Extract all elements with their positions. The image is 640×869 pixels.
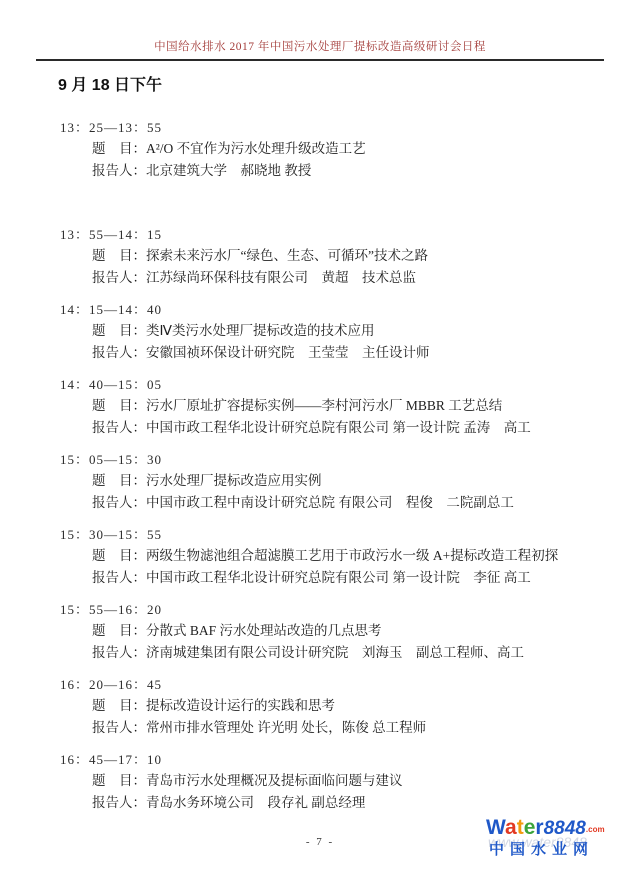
session-time: 13：55—14：15	[60, 224, 600, 245]
session-topic: 污水处理厂提标改造应用实例	[146, 473, 322, 488]
logo-word: Water	[486, 816, 544, 839]
session-topic: 探索未来污水厂“绿色、生态、可循环”技术之路	[146, 248, 428, 263]
document-page: 中国给水排水 2017 年中国污水处理厂提标改造高级研讨会日程 9 月 18 日…	[0, 0, 640, 869]
session-speaker: 常州市排水管理处 许光明 处长，陈俊 总工程师	[146, 720, 426, 735]
session-speaker: 中国市政工程中南设计研究总院 有限公司 程俊 二院副总工	[146, 495, 514, 510]
water8848-logo: www.water8848 Water8848.com 中国水业网	[486, 817, 638, 869]
speaker-row: 报告人：中国市政工程华北设计研究总院有限公司 第一设计院 李征 高工	[60, 567, 600, 589]
session-topic: 类Ⅳ类污水处理厂提标改造的技术应用	[146, 323, 374, 338]
logo-domain-suffix: .com	[586, 825, 605, 834]
topic-label: 题 目：	[92, 323, 146, 338]
topic-label: 题 目：	[92, 248, 146, 263]
session-time: 14：15—14：40	[60, 299, 600, 320]
session-item: 15：05—15：30 题 目：污水处理厂提标改造应用实例 报告人：中国市政工程…	[60, 449, 600, 514]
session-speaker: 安徽国祯环保设计研究院 王莹莹 主任设计师	[146, 345, 430, 360]
logo-chinese-name: 中国水业网	[486, 841, 638, 859]
topic-label: 题 目：	[92, 398, 146, 413]
session-speaker: 中国市政工程华北设计研究总院有限公司 第一设计院 孟涛 高工	[146, 420, 531, 435]
section-title: 9 月 18 日下午	[58, 72, 640, 95]
session-item: 13：25—13：55 题 目：A²/O 不宜作为污水处理升级改造工艺 报告人：…	[60, 117, 600, 182]
topic-row: 题 目：探索未来污水厂“绿色、生态、可循环”技术之路	[60, 245, 600, 267]
speaker-row: 报告人：常州市排水管理处 许光明 处长，陈俊 总工程师	[60, 717, 600, 739]
speaker-label: 报告人：	[92, 345, 146, 360]
session-item: 16：20—16：45 题 目：提标改造设计运行的实践和思考 报告人：常州市排水…	[60, 674, 600, 739]
topic-row: 题 目：污水厂原址扩容提标实例——李村河污水厂 MBBR 工艺总结	[60, 395, 600, 417]
topic-label: 题 目：	[92, 623, 146, 638]
session-time: 14：40—15：05	[60, 374, 600, 395]
session-time: 15：30—15：55	[60, 524, 600, 545]
speaker-label: 报告人：	[92, 420, 146, 435]
session-topic: 提标改造设计运行的实践和思考	[146, 698, 335, 713]
session-topic: 分散式 BAF 污水处理站改造的几点思考	[146, 623, 382, 638]
speaker-row: 报告人：江苏绿尚环保科技有限公司 黄超 技术总监	[60, 267, 600, 289]
topic-row: 题 目：A²/O 不宜作为污水处理升级改造工艺	[60, 138, 600, 160]
session-time: 13：25—13：55	[60, 117, 600, 138]
session-topic: 两级生物滤池组合超滤膜工艺用于市政污水一级 A+提标改造工程初探	[146, 548, 558, 563]
session-topic: A²/O 不宜作为污水处理升级改造工艺	[146, 141, 366, 156]
speaker-label: 报告人：	[92, 163, 146, 178]
topic-label: 题 目：	[92, 698, 146, 713]
session-time: 15：55—16：20	[60, 599, 600, 620]
session-topic: 青岛市污水处理概况及提标面临问题与建议	[146, 773, 403, 788]
session-topic: 污水厂原址扩容提标实例——李村河污水厂 MBBR 工艺总结	[146, 398, 502, 413]
topic-label: 题 目：	[92, 141, 146, 156]
topic-row: 题 目：污水处理厂提标改造应用实例	[60, 470, 600, 492]
session-speaker: 北京建筑大学 郝晓地 教授	[146, 163, 311, 178]
topic-row: 题 目：分散式 BAF 污水处理站改造的几点思考	[60, 620, 600, 642]
speaker-label: 报告人：	[92, 495, 146, 510]
topic-label: 题 目：	[92, 473, 146, 488]
speaker-row: 报告人：安徽国祯环保设计研究院 王莹莹 主任设计师	[60, 342, 600, 364]
session-speaker: 青岛水务环境公司 段存礼 副总经理	[146, 795, 365, 810]
topic-row: 题 目：提标改造设计运行的实践和思考	[60, 695, 600, 717]
session-speaker: 济南城建集团有限公司设计研究院 刘海玉 副总工程师、高工	[146, 645, 524, 660]
logo-wordmark: Water8848.com	[486, 817, 638, 841]
session-item: 14：40—15：05 题 目：污水厂原址扩容提标实例——李村河污水厂 MBBR…	[60, 374, 600, 439]
logo-number: 8848	[544, 818, 586, 839]
session-list: 13：25—13：55 题 目：A²/O 不宜作为污水处理升级改造工艺 报告人：…	[60, 117, 600, 814]
topic-row: 题 目：类Ⅳ类污水处理厂提标改造的技术应用	[60, 320, 600, 342]
topic-label: 题 目：	[92, 773, 146, 788]
topic-label: 题 目：	[92, 548, 146, 563]
speaker-row: 报告人：北京建筑大学 郝晓地 教授	[60, 160, 600, 182]
speaker-row: 报告人：中国市政工程华北设计研究总院有限公司 第一设计院 孟涛 高工	[60, 417, 600, 439]
speaker-label: 报告人：	[92, 795, 146, 810]
session-item: 14：15—14：40 题 目：类Ⅳ类污水处理厂提标改造的技术应用 报告人：安徽…	[60, 299, 600, 364]
topic-row: 题 目：青岛市污水处理概况及提标面临问题与建议	[60, 770, 600, 792]
session-speaker: 江苏绿尚环保科技有限公司 黄超 技术总监	[146, 270, 416, 285]
speaker-row: 报告人：青岛水务环境公司 段存礼 副总经理	[60, 792, 600, 814]
speaker-label: 报告人：	[92, 720, 146, 735]
speaker-row: 报告人：济南城建集团有限公司设计研究院 刘海玉 副总工程师、高工	[60, 642, 600, 664]
session-item: 15：30—15：55 题 目：两级生物滤池组合超滤膜工艺用于市政污水一级 A+…	[60, 524, 600, 589]
speaker-row: 报告人：中国市政工程中南设计研究总院 有限公司 程俊 二院副总工	[60, 492, 600, 514]
session-time: 16：20—16：45	[60, 674, 600, 695]
header-title: 中国给水排水 2017 年中国污水处理厂提标改造高级研讨会日程	[0, 38, 640, 54]
speaker-label: 报告人：	[92, 645, 146, 660]
session-item: 16：45—17：10 题 目：青岛市污水处理概况及提标面临问题与建议 报告人：…	[60, 749, 600, 814]
session-time: 16：45—17：10	[60, 749, 600, 770]
session-item: 15：55—16：20 题 目：分散式 BAF 污水处理站改造的几点思考 报告人…	[60, 599, 600, 664]
header-divider	[36, 59, 604, 61]
session-item: 13：55—14：15 题 目：探索未来污水厂“绿色、生态、可循环”技术之路 报…	[60, 224, 600, 289]
topic-row: 题 目：两级生物滤池组合超滤膜工艺用于市政污水一级 A+提标改造工程初探	[60, 545, 600, 567]
speaker-label: 报告人：	[92, 270, 146, 285]
session-time: 15：05—15：30	[60, 449, 600, 470]
session-speaker: 中国市政工程华北设计研究总院有限公司 第一设计院 李征 高工	[146, 570, 531, 585]
speaker-label: 报告人：	[92, 570, 146, 585]
